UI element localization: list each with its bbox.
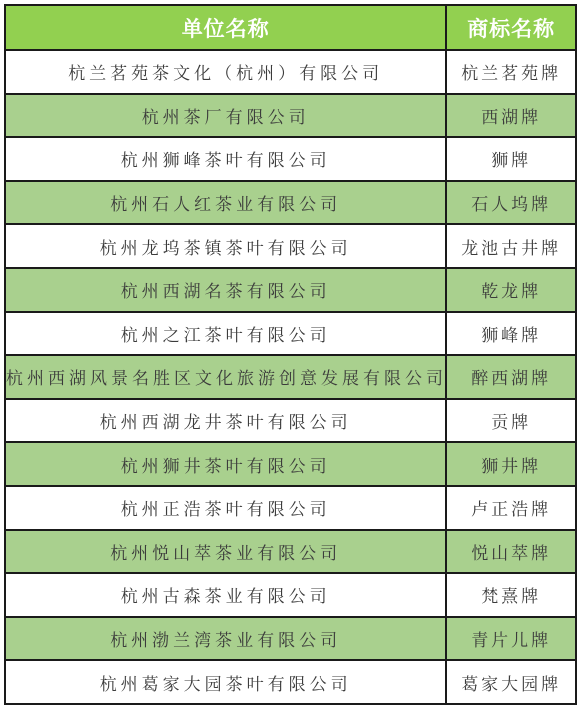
brand-cell: 卢正浩牌 [446, 486, 576, 530]
table-row: 杭州龙坞茶镇茶叶有限公司 龙池古井牌 [5, 224, 576, 268]
table-row: 杭州西湖风景名胜区文化旅游创意发展有限公司 醉西湖牌 [5, 355, 576, 399]
table-row: 杭州古森茶业有限公司 梵熹牌 [5, 573, 576, 617]
brand-cell: 乾龙牌 [446, 268, 576, 312]
company-cell: 杭州狮峰茶叶有限公司 [5, 137, 446, 181]
table-row: 杭州正浩茶叶有限公司 卢正浩牌 [5, 486, 576, 530]
brand-cell: 狮井牌 [446, 442, 576, 486]
brand-cell: 悦山萃牌 [446, 530, 576, 574]
table-row: 杭州渤兰湾茶业有限公司 青片儿牌 [5, 617, 576, 661]
table-row: 杭州悦山萃茶业有限公司 悦山萃牌 [5, 530, 576, 574]
company-cell: 杭州石人红茶业有限公司 [5, 181, 446, 225]
table-row: 杭州茶厂有限公司 西湖牌 [5, 94, 576, 138]
table-header: 单位名称 商标名称 [5, 5, 576, 50]
table-row: 杭州之江茶叶有限公司 狮峰牌 [5, 312, 576, 356]
company-cell: 杭州悦山萃茶业有限公司 [5, 530, 446, 574]
tea-brand-table: 单位名称 商标名称 杭兰茗苑茶文化（杭州）有限公司 杭兰茗苑牌 杭州茶厂有限公司… [4, 4, 577, 705]
brand-cell: 醉西湖牌 [446, 355, 576, 399]
table-body: 杭兰茗苑茶文化（杭州）有限公司 杭兰茗苑牌 杭州茶厂有限公司 西湖牌 杭州狮峰茶… [5, 50, 576, 704]
header-row: 单位名称 商标名称 [5, 5, 576, 50]
page: 单位名称 商标名称 杭兰茗苑茶文化（杭州）有限公司 杭兰茗苑牌 杭州茶厂有限公司… [0, 0, 581, 710]
company-cell: 杭州茶厂有限公司 [5, 94, 446, 138]
column-header-brand: 商标名称 [446, 5, 576, 50]
column-header-company: 单位名称 [5, 5, 446, 50]
brand-cell: 石人坞牌 [446, 181, 576, 225]
company-cell: 杭州葛家大园茶叶有限公司 [5, 660, 446, 704]
table-row: 杭州西湖龙井茶叶有限公司 贡牌 [5, 399, 576, 443]
brand-cell: 狮牌 [446, 137, 576, 181]
table-row: 杭州石人红茶业有限公司 石人坞牌 [5, 181, 576, 225]
company-cell: 杭州龙坞茶镇茶叶有限公司 [5, 224, 446, 268]
brand-cell: 狮峰牌 [446, 312, 576, 356]
brand-cell: 杭兰茗苑牌 [446, 50, 576, 94]
table-row: 杭兰茗苑茶文化（杭州）有限公司 杭兰茗苑牌 [5, 50, 576, 94]
company-cell: 杭州正浩茶叶有限公司 [5, 486, 446, 530]
company-cell: 杭州古森茶业有限公司 [5, 573, 446, 617]
brand-cell: 梵熹牌 [446, 573, 576, 617]
company-cell: 杭州狮井茶叶有限公司 [5, 442, 446, 486]
table-row: 杭州葛家大园茶叶有限公司 葛家大园牌 [5, 660, 576, 704]
brand-cell: 贡牌 [446, 399, 576, 443]
table-row: 杭州狮井茶叶有限公司 狮井牌 [5, 442, 576, 486]
company-cell: 杭州西湖龙井茶叶有限公司 [5, 399, 446, 443]
company-cell: 杭州西湖风景名胜区文化旅游创意发展有限公司 [5, 355, 446, 399]
company-cell: 杭兰茗苑茶文化（杭州）有限公司 [5, 50, 446, 94]
brand-cell: 西湖牌 [446, 94, 576, 138]
brand-cell: 青片儿牌 [446, 617, 576, 661]
table-row: 杭州狮峰茶叶有限公司 狮牌 [5, 137, 576, 181]
table-row: 杭州西湖名茶有限公司 乾龙牌 [5, 268, 576, 312]
brand-cell: 龙池古井牌 [446, 224, 576, 268]
company-cell: 杭州之江茶叶有限公司 [5, 312, 446, 356]
company-cell: 杭州西湖名茶有限公司 [5, 268, 446, 312]
company-cell: 杭州渤兰湾茶业有限公司 [5, 617, 446, 661]
brand-cell: 葛家大园牌 [446, 660, 576, 704]
